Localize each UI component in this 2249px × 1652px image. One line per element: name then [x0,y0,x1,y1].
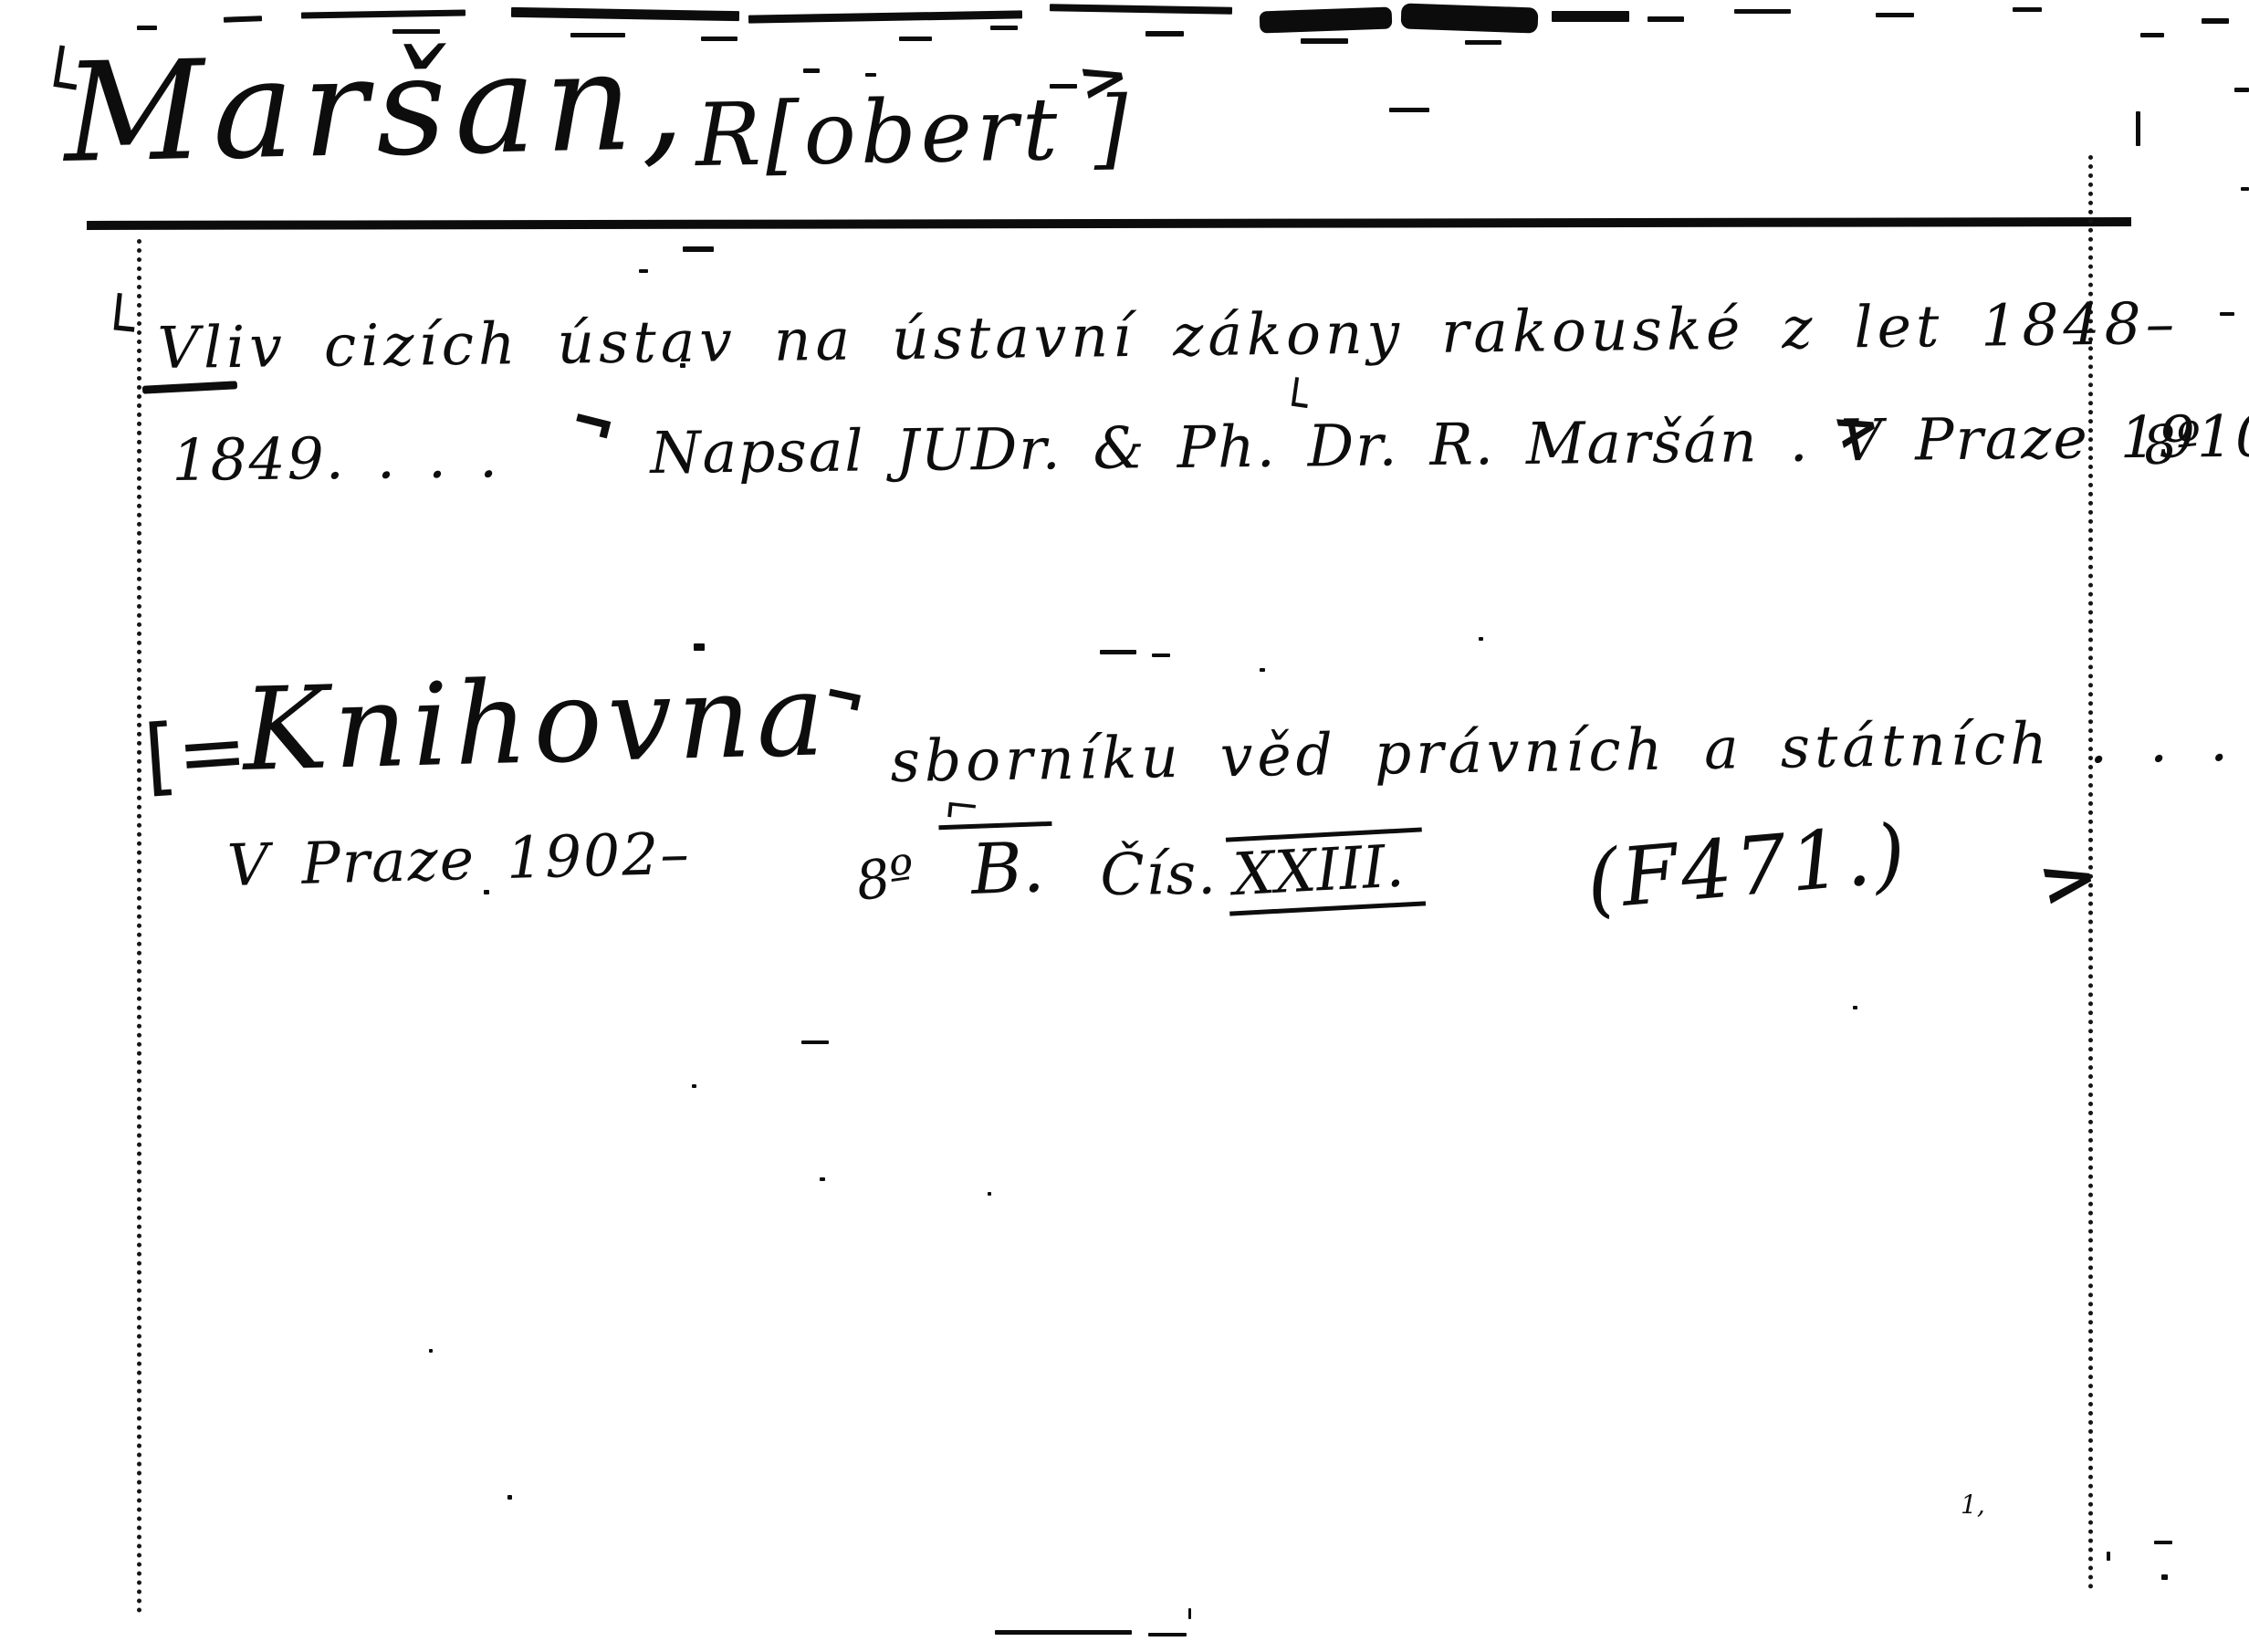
scan-noise-mark [988,1192,991,1196]
scan-noise-mark [301,9,465,18]
left-margin-dotted-line [137,239,141,1614]
scan-noise-mark [1145,31,1184,37]
scan-noise-mark [701,37,737,41]
bottom-line-mark [995,1630,1132,1635]
scan-noise-mark [694,643,705,651]
title-format-note: 8º [2140,410,2205,477]
scan-noise-mark [484,890,489,894]
title-emphasized-word: Vliv [157,313,287,382]
scan-noise-mark [511,7,739,21]
series-word: Knihovna [241,649,832,797]
scan-noise-mark [1301,38,1348,44]
series-format-note: 8º [853,843,919,913]
series-opening-bracket: [= [141,701,250,806]
scan-noise-mark [865,73,876,77]
scan-noise-mark [224,16,262,22]
scan-noise-mark [899,37,932,41]
scan-noise-mark [990,26,1018,30]
scan-noise-mark [1734,9,1791,14]
scan-noise-mark [1050,4,1232,14]
scan-noise-mark [2154,1541,2172,1544]
heading-forename: R[obert ] [695,78,1134,186]
insertion-hook-format: └ [929,789,974,819]
scan-noise-mark [2161,1574,2168,1580]
scan-noise-mark [639,269,648,273]
scan-noise-mark [820,1177,825,1181]
series-call-number: (F471.) [1583,806,1912,927]
scan-noise-mark [1465,40,1501,45]
series-issue-label: Čís. [1100,841,1218,908]
scan-noise-mark [1479,637,1483,641]
series-line1-rest: sborníku věd právních a státních . . . [890,707,2233,795]
scan-noise-mark [1876,13,1914,17]
bottom-line-mark [1148,1633,1187,1636]
catalog-card: └ Maršan, R[obert ] > └ Vliv cizích ústa… [0,0,2249,1652]
scan-noise-mark [429,1349,433,1353]
series-imprint: V Praze 1902– [226,821,692,899]
heading-rule [87,217,2131,230]
scan-noise-mark [1648,16,1684,22]
insertion-caret-napsal: ¬ [566,387,620,460]
series-volume-letter: B. [938,821,1054,911]
bottom-line-mark [1188,1608,1191,1619]
underline-scribble [142,381,237,393]
title-line2-text: Napsal JUDr. & Ph. Dr. R. Maršán . V Pra… [650,403,2249,486]
scan-noise-mark [1853,1006,1857,1009]
series-issue-number: XXIII. [1226,827,1427,915]
scan-noise-mark [1260,668,1265,672]
scan-noise-mark [683,246,714,252]
scan-noise-mark [2241,187,2249,191]
scan-noise-mark [2234,88,2249,92]
scan-noise-mark [2136,111,2140,146]
scan-noise-mark [680,363,685,368]
scan-noise-mark [692,1084,696,1088]
bottom-right-mark: 1, [1961,1490,1985,1520]
title-line2-lead: 1849. . . . [172,423,499,494]
scan-noise-mark [1552,11,1629,22]
scan-noise-mark [2140,33,2164,37]
insertion-hook-title: └ [96,298,137,360]
scan-noise-mark [2013,7,2042,12]
scan-noise-mark [1389,108,1429,112]
scan-noise-mark [1152,653,1170,657]
scan-noise-mark [2220,312,2234,316]
scan-noise-mark [1401,3,1539,33]
title-line-1: Vliv cizích ústav na ústavní zákony rako… [157,290,2180,382]
scan-noise-mark [748,10,1022,23]
scan-noise-mark [137,26,157,30]
scan-noise-mark [507,1495,512,1500]
scan-noise-mark [803,68,820,73]
heading-surname: Maršan, [62,22,694,193]
scan-noise-mark [1100,650,1136,654]
scan-noise-mark [2107,1552,2110,1561]
scan-noise-mark [1260,6,1393,33]
title-line1-rest: cizích ústav na ústavní zákony rakouské … [286,290,2179,380]
scan-noise-mark [801,1040,829,1044]
scan-noise-mark [2202,18,2229,24]
